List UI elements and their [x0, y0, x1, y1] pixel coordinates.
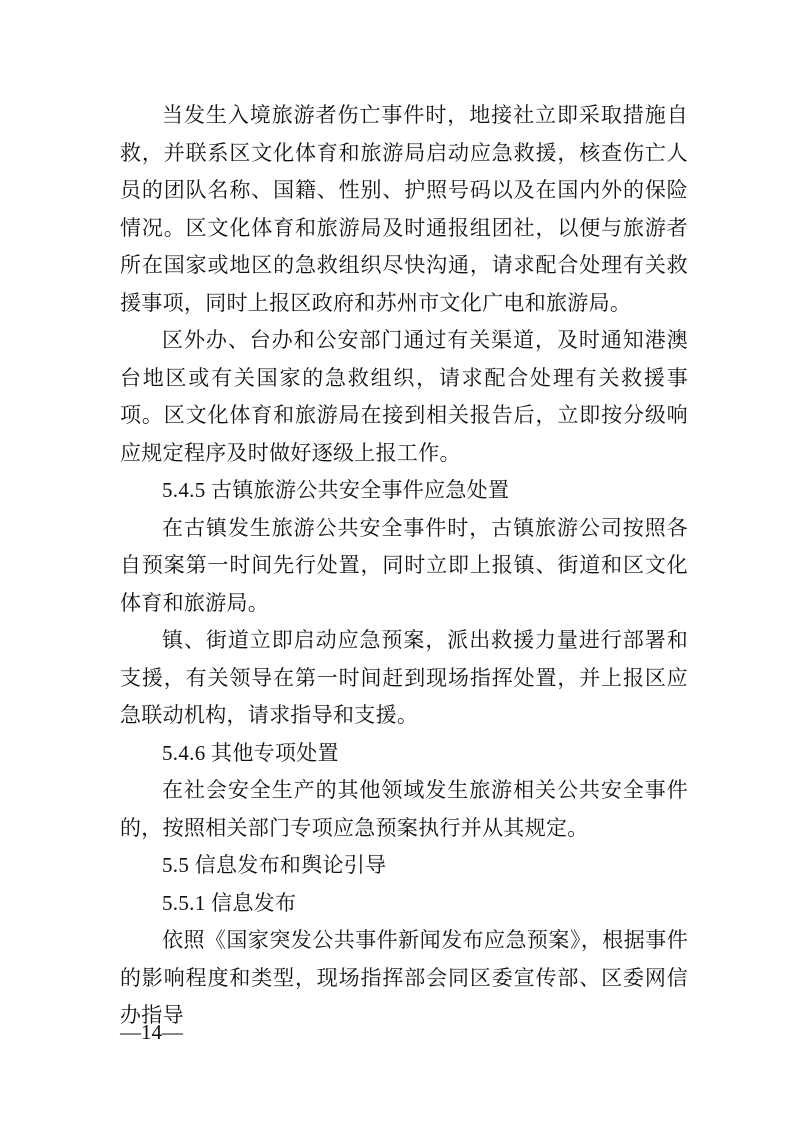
section-heading: 5.4.5 古镇旅游公共安全事件应急处置: [120, 472, 688, 510]
body-paragraph: 在社会安全生产的其他领域发生旅游相关公共安全事件的，按照相关部门专项应急预案执行…: [120, 772, 688, 847]
document-page: 当发生入境旅游者伤亡事件时，地接社立即采取措施自救，并联系区文化体育和旅游局启动…: [0, 0, 790, 1125]
body-paragraph: 镇、街道立即启动应急预案，派出救援力量进行部署和支援，有关领导在第一时间赶到现场…: [120, 622, 688, 735]
section-heading: 5.5 信息发布和舆论引导: [120, 847, 688, 885]
document-body: 当发生入境旅游者伤亡事件时，地接社立即采取措施自救，并联系区文化体育和旅游局启动…: [120, 97, 688, 1035]
section-heading: 5.4.6 其他专项处置: [120, 735, 688, 773]
body-paragraph: 区外办、台办和公安部门通过有关渠道，及时通知港澳台地区或有关国家的急救组织，请求…: [120, 322, 688, 472]
body-paragraph: 在古镇发生旅游公共安全事件时，古镇旅游公司按照各自预案第一时间先行处置，同时立即…: [120, 510, 688, 623]
body-paragraph: 当发生入境旅游者伤亡事件时，地接社立即采取措施自救，并联系区文化体育和旅游局启动…: [120, 97, 688, 322]
section-heading: 5.5.1 信息发布: [120, 885, 688, 923]
body-paragraph: 依照《国家突发公共事件新闻发布应急预案》，根据事件的影响程度和类型，现场指挥部会…: [120, 922, 688, 1035]
page-number: —14—: [120, 1014, 183, 1052]
